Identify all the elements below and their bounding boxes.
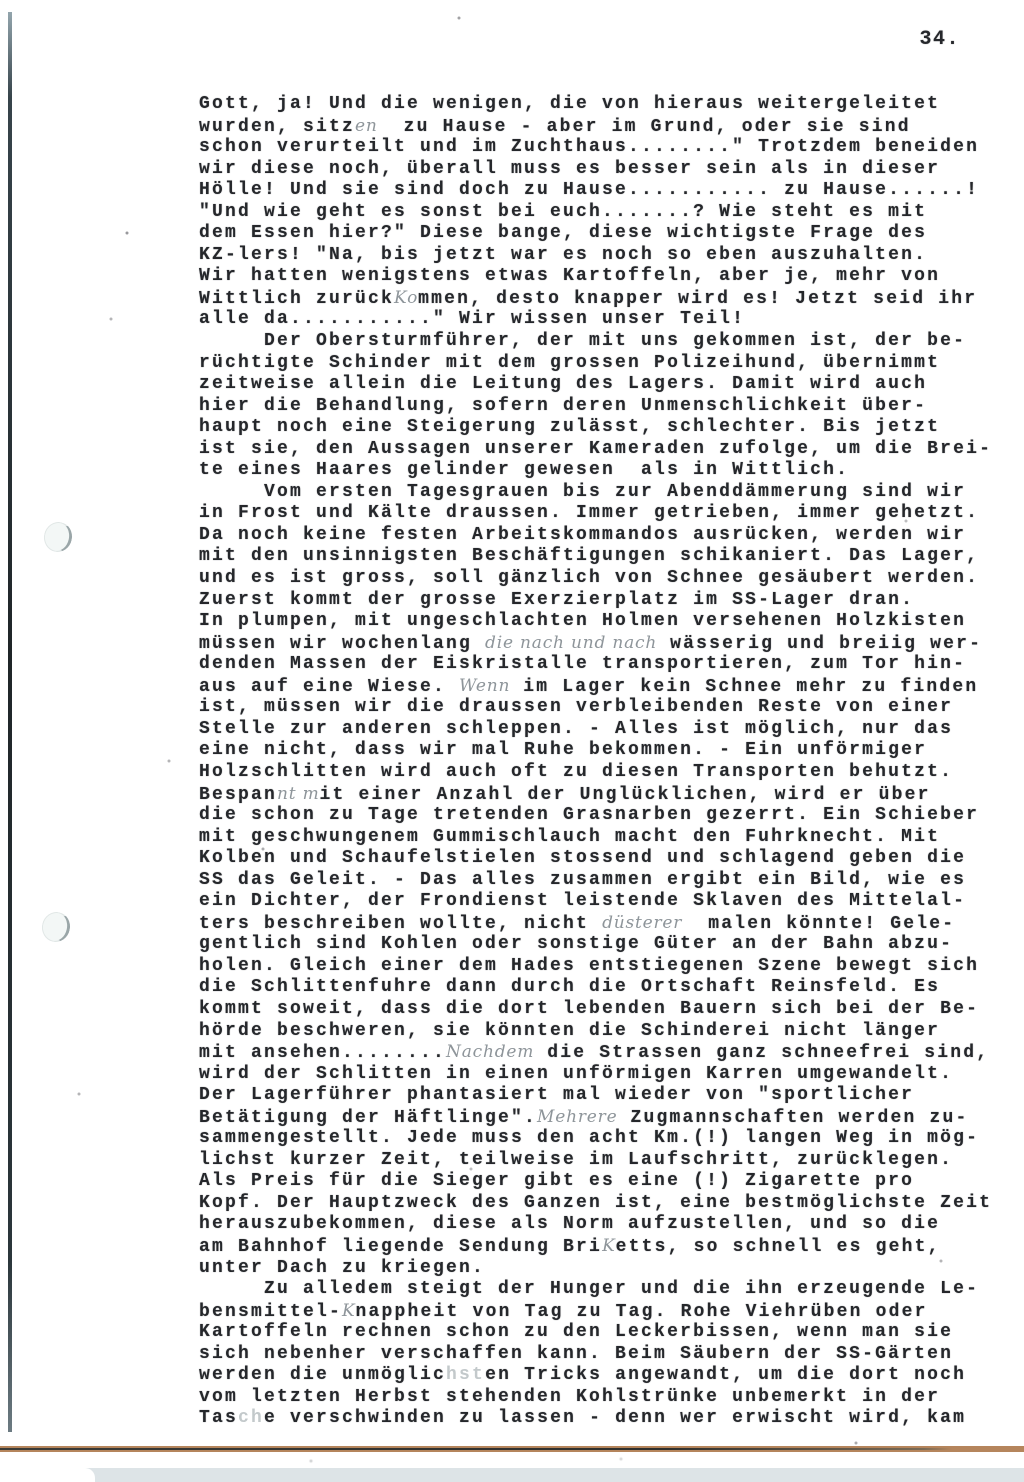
typed-text: kommt soweit, dass die dort lebenden Bau… [199,999,979,1019]
text-line: Da noch keine festen Arbeitskommandos au… [199,525,1009,547]
handwritten-text: Nachdem [446,1042,534,1062]
text-line: eine nicht, dass wir mal Ruhe bekommen. … [199,740,1009,762]
text-line: die Schlittenfuhre dann durch die Ortsch… [199,977,1009,999]
typed-text: wird der Schlitten in einen unförmigen K… [199,1064,953,1084]
typed-text: ist, müssen wir die draussen verbleibend… [199,697,953,717]
typed-text: holen. Gleich einer dem Hades entstiegen… [199,956,979,976]
typed-text: In plumpen, mit ungeschlachten Holmen ve… [199,611,966,631]
typed-text: Da noch keine festen Arbeitskommandos au… [199,525,966,545]
typed-text: mmen, desto knapper wird es! Jetzt seid … [418,289,977,309]
typed-text: bensmittel- [199,1302,342,1322]
typed-text: mit ansehen........ [199,1043,446,1063]
text-line: herauszubekommen, diese als Norm aufzust… [199,1214,1009,1236]
typed-text: Zu alledem steigt der Hunger und die ihn… [199,1279,979,1299]
text-line: kommt soweit, dass die dort lebenden Bau… [199,999,1009,1021]
typed-text: wässerig und breiig wer- [657,634,982,654]
typed-text: Zugmannschaften werden zu- [617,1108,968,1128]
typed-text: Vom ersten Tagesgrauen bis zur Abenddämm… [199,482,966,502]
text-line: alle da..........." Wir wissen unser Tei… [199,309,1009,331]
typed-text: werden die unmöglic [199,1365,446,1385]
typed-text: Stelle zur anderen schleppen. - Alles is… [199,719,953,739]
handwritten-text: nt m [277,784,320,804]
typed-text: Der Lagerführer phantasiert mal wieder v… [199,1085,914,1105]
text-line: te eines Haares gelinder gewesen als in … [199,460,1009,482]
text-line: schon verurteilt und im Zuchthaus.......… [199,137,1009,159]
typed-text: müssen wir wochenlang [199,634,485,654]
text-line: Wittlich zurückKommen, desto knapper wir… [199,288,1009,310]
typed-text: Als Preis für die Sieger gibt es eine (!… [199,1171,914,1191]
text-line: SS das Geleit. - Das alles zusammen ergi… [199,870,1009,892]
scan-edge-line [8,12,12,1432]
typed-text: herauszubekommen, diese als Norm aufzust… [199,1214,940,1234]
typed-text: am Bahnhof liegende Sendung Bri [199,1237,602,1257]
typed-text: nappheit von Tag zu Tag. Rohe Viehrüben … [356,1302,928,1322]
text-line: Zuerst kommt der grosse Exerzierplatz im… [199,590,1009,612]
typed-text: Holzschlitten wird auch oft zu diesen Tr… [199,762,953,782]
text-line: Zu alledem steigt der Hunger und die ihn… [199,1279,1009,1301]
text-line: in Frost und Kälte draussen. Immer getri… [199,503,1009,525]
typed-text: Kartoffeln rechnen schon zu den Leckerbi… [199,1322,953,1342]
text-line: holen. Gleich einer dem Hades entstiegen… [199,956,1009,978]
text-line: zeitweise allein die Leitung des Lagers.… [199,374,1009,396]
handwritten-text: Mehrere [537,1107,617,1127]
text-line: lichst kurzer Zeit, teilweise im Laufsch… [199,1150,1009,1172]
text-line: Tasche verschwinden zu lassen - denn wer… [199,1408,1009,1430]
typed-text: SS das Geleit. - Das alles zusammen ergi… [199,870,966,890]
typed-text: Wittlich zurück [199,289,394,309]
text-line: sammengestellt. Jede muss den acht Km.(!… [199,1128,1009,1150]
scan-bottom-line [0,1446,1024,1452]
typed-text: e verschwinden zu lassen - denn wer erwi… [264,1408,966,1428]
text-line: sich nebenher verschaffen kann. Beim Säu… [199,1344,1009,1366]
typed-text: wir diese noch, überall muss es besser s… [199,159,940,179]
typed-text: Kopf. Der Hauptzweck des Ganzen ist, ein… [199,1193,992,1213]
text-line: Kopf. Der Hauptzweck des Ganzen ist, ein… [199,1193,1009,1215]
text-line: KZ-lers! "Na, bis jetzt war es noch so e… [199,245,1009,267]
text-line: wird der Schlitten in einen unförmigen K… [199,1064,1009,1086]
typed-text: Gott, ja! Und die wenigen, die von hiera… [199,94,940,114]
typed-text: eine nicht, dass wir mal Ruhe bekommen. … [199,740,927,760]
text-line: Stelle zur anderen schleppen. - Alles is… [199,719,1009,741]
typed-text: Bespan [199,785,277,805]
typed-text: en Tricks angewandt, um die dort noch [485,1365,966,1385]
text-line: wir diese noch, überall muss es besser s… [199,159,1009,181]
hole-punch-mark [39,909,73,944]
text-line: müssen wir wochenlang die nach und nach … [199,633,1009,655]
typed-text: unter Dach zu kriegen. [199,1258,485,1278]
text-line: werden die unmöglichsten Tricks angewand… [199,1365,1009,1387]
typed-text: ters beschreiben wollte, nicht [199,914,602,934]
text-line: Holzschlitten wird auch oft zu diesen Tr… [199,762,1009,784]
typed-text: KZ-lers! "Na, bis jetzt war es noch so e… [199,245,927,265]
text-line: Als Preis für die Sieger gibt es eine (!… [199,1171,1009,1193]
text-line: Betätigung der Häftlinge".Mehrere Zugman… [199,1107,1009,1129]
text-line: denden Massen der Eiskristalle transport… [199,654,1009,676]
handwritten-text: Ko [394,288,418,308]
typed-text: rüchtigte Schinder mit dem grossen Poliz… [199,353,940,373]
typed-text: wurden, sitz [199,117,355,137]
text-line: mit geschwungenem Gummischlauch macht de… [199,827,1009,849]
text-line: Gott, ja! Und die wenigen, die von hiera… [199,94,1009,116]
typed-text: in Frost und Kälte draussen. Immer getri… [199,503,979,523]
typed-text: dem Essen hier?" Diese bange, diese wich… [199,223,927,243]
text-line: wurden, sitzen zu Hause - aber im Grund,… [199,116,1009,138]
typed-text: Wir hatten wenigstens etwas Kartoffeln, … [199,266,940,286]
typed-text: etts, so schnell es geht, [616,1237,941,1257]
handwritten-text: düsterer [602,913,682,933]
typed-text: im Lager kein Schnee mehr zu finden [510,677,978,697]
typed-text: Zuerst kommt der grosse Exerzierplatz im… [199,590,914,610]
typed-text: gentlich sind Kohlen oder sonstige Güter… [199,934,953,954]
typed-text: vom letzten Herbst stehenden Kohlstrünke… [199,1387,940,1407]
text-line: bensmittel-Knappheit von Tag zu Tag. Roh… [199,1301,1009,1323]
typed-text: denden Massen der Eiskristalle transport… [199,654,966,674]
typed-text: hörde beschweren, sie könnten die Schind… [199,1021,940,1041]
typed-text: ein Dichter, der Frondienst leistende Sk… [199,891,966,911]
typed-text: die schon zu Tage tretenden Grasnarben g… [199,805,979,825]
typed-text: mit den unsinnigsten Beschäftigungen sch… [199,546,979,566]
handwritten-text: Wenn [459,676,510,696]
page-number: 34. [919,28,960,51]
typed-text: ist sie, den Aussagen unserer Kameraden … [199,439,992,459]
document-text: Gott, ja! Und die wenigen, die von hiera… [199,94,1009,1430]
text-line: Der Obersturmführer, der mit uns gekomme… [199,331,1009,353]
typed-text: hier die Behandlung, sofern deren Unmens… [199,396,927,416]
text-line: gentlich sind Kohlen oder sonstige Güter… [199,934,1009,956]
handwritten-text: K [602,1236,616,1256]
text-line: dem Essen hier?" Diese bange, diese wich… [199,223,1009,245]
handwritten-text: en [355,116,378,136]
typed-text: "Und wie geht es sonst bei euch.......? … [199,202,927,222]
text-line: haupt noch eine Steigerung zulässt, schl… [199,417,1009,439]
scan-speckles [0,0,2,2]
typed-text: die Schlittenfuhre dann durch die Ortsch… [199,977,940,997]
text-line: die schon zu Tage tretenden Grasnarben g… [199,805,1009,827]
scan-bottom-notch [0,1468,95,1482]
typed-text: sich nebenher verschaffen kann. Beim Säu… [199,1344,953,1364]
text-line: ist, müssen wir die draussen verbleibend… [199,697,1009,719]
text-line: rüchtigte Schinder mit dem grossen Poliz… [199,353,1009,375]
text-line: mit den unsinnigsten Beschäftigungen sch… [199,546,1009,568]
text-line: Bespannt mit einer Anzahl der Unglücklic… [199,784,1009,806]
typed-text: te eines Haares gelinder gewesen als in … [199,460,849,480]
text-line: ist sie, den Aussagen unserer Kameraden … [199,439,1009,461]
typed-text: malen könnte! Gele- [682,914,955,934]
text-line: hörde beschweren, sie könnten die Schind… [199,1021,1009,1043]
typed-text: zeitweise allein die Leitung des Lagers.… [199,374,927,394]
handwritten-text: K [342,1301,356,1321]
text-line: "Und wie geht es sonst bei euch.......? … [199,202,1009,224]
text-line: und es ist gross, soll gänzlich von Schn… [199,568,1009,590]
text-line: In plumpen, mit ungeschlachten Holmen ve… [199,611,1009,633]
typed-text: aus auf eine Wiese. [199,677,459,697]
text-line: vom letzten Herbst stehenden Kohlstrünke… [199,1387,1009,1409]
typed-text: mit geschwungenem Gummischlauch macht de… [199,827,940,847]
typed-text: schon verurteilt und im Zuchthaus.......… [199,137,979,157]
text-line: Kolben und Schaufelstielen stossend und … [199,848,1009,870]
text-line: unter Dach zu kriegen. [199,1258,1009,1280]
text-line: Vom ersten Tagesgrauen bis zur Abenddämm… [199,482,1009,504]
text-line: ters beschreiben wollte, nicht düsterer … [199,913,1009,935]
typed-text: Betätigung der Häftlinge". [199,1108,537,1128]
text-line: Kartoffeln rechnen schon zu den Leckerbi… [199,1322,1009,1344]
text-line: am Bahnhof liegende Sendung BriKetts, so… [199,1236,1009,1258]
text-line: ein Dichter, der Frondienst leistende Sk… [199,891,1009,913]
typed-text: lichst kurzer Zeit, teilweise im Laufsch… [199,1150,953,1170]
scan-bottom-line-core [0,1448,952,1450]
text-line: Wir hatten wenigstens etwas Kartoffeln, … [199,266,1009,288]
text-line: mit ansehen........Nachdem die Strassen … [199,1042,1009,1064]
typed-text: Der Obersturmführer, der mit uns gekomme… [199,331,966,351]
typed-text: Tas [199,1408,238,1428]
typed-text: zu Hause - aber im Grund, oder sie sind [378,117,911,137]
typed-text: die Strassen ganz schneefrei sind, [534,1043,989,1063]
typed-text: haupt noch eine Steigerung zulässt, schl… [199,417,940,437]
typed-text: sammengestellt. Jede muss den acht Km.(!… [199,1128,979,1148]
typed-text: Hölle! Und sie sind doch zu Hause.......… [199,180,979,200]
faded-text: ch [238,1408,264,1428]
text-line: Hölle! Und sie sind doch zu Hause.......… [199,180,1009,202]
typed-text: it einer Anzahl der Unglücklichen, wird … [320,785,931,805]
text-line: hier die Behandlung, sofern deren Unmens… [199,396,1009,418]
handwritten-text: die nach und nach [485,633,657,653]
scan-bottom-strip [0,1468,1024,1482]
typed-text: alle da..........." Wir wissen unser Tei… [199,309,745,329]
hole-punch-mark [41,519,75,554]
faded-text: hst [446,1365,485,1385]
text-line: aus auf eine Wiese. Wenn im Lager kein S… [199,676,1009,698]
typed-text: Kolben und Schaufelstielen stossend und … [199,848,966,868]
text-line: Der Lagerführer phantasiert mal wieder v… [199,1085,1009,1107]
typed-text: und es ist gross, soll gänzlich von Schn… [199,568,979,588]
